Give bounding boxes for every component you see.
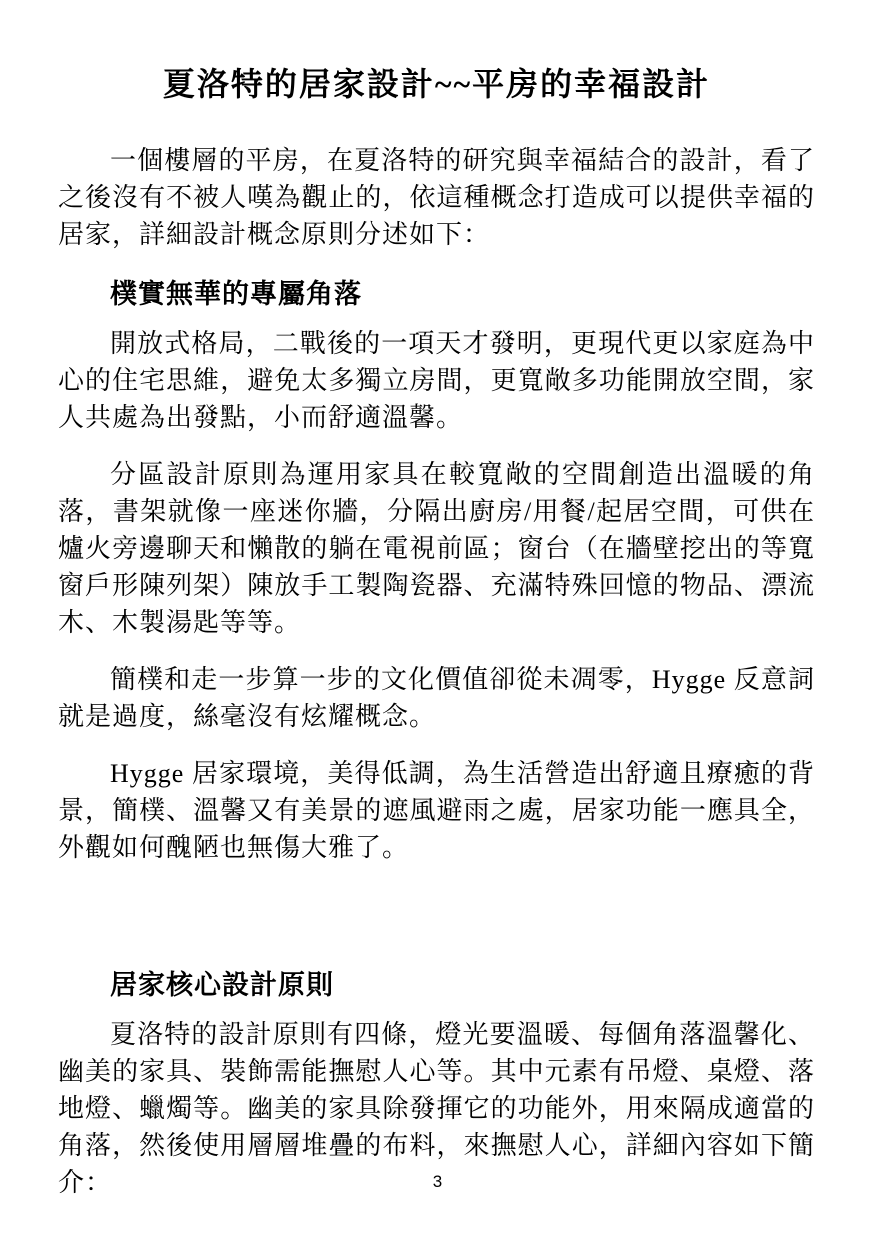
document-content: 夏洛特的居家設計~~平房的幸福設計 一個樓層的平房，在夏洛特的研究與幸福結合的設… (0, 62, 875, 1201)
paragraph-simple-culture: 簡樸和走一步算一步的文化價值卻從未凋零，Hygge 反意詞就是過度，絲毫沒有炫耀… (58, 661, 815, 735)
paragraph-hygge-environment: Hygge 居家環境，美得低調，為生活營造出舒適且療癒的背景，簡樸、溫馨又有美景… (58, 755, 815, 866)
intro-paragraph: 一個樓層的平房，在夏洛特的研究與幸福結合的設計，看了之後沒有不被人嘆為觀止的，依… (58, 142, 815, 253)
document-title: 夏洛特的居家設計~~平房的幸福設計 (58, 62, 815, 106)
section-heading-simple-corner: 樸實無華的專屬角落 (110, 277, 815, 311)
paragraph-open-layout: 開放式格局，二戰後的一項天才發明，更現代更以家庭為中心的住宅思維，避免太多獨立房… (58, 325, 815, 436)
paragraph-zoning-principle: 分區設計原則為運用家具在較寬敞的空間創造出溫暖的角落，書架就像一座迷你牆，分隔出… (58, 456, 815, 641)
page-number: 3 (433, 1172, 442, 1191)
page-footer: 3 (0, 1172, 875, 1192)
document-title-text: 夏洛特的居家設計~~平房的幸福設計 (163, 66, 710, 102)
document-page: 夏洛特的居家設計~~平房的幸福設計 一個樓層的平房，在夏洛特的研究與幸福結合的設… (0, 0, 875, 1240)
section-heading-core-design: 居家核心設計原則 (110, 968, 815, 1002)
